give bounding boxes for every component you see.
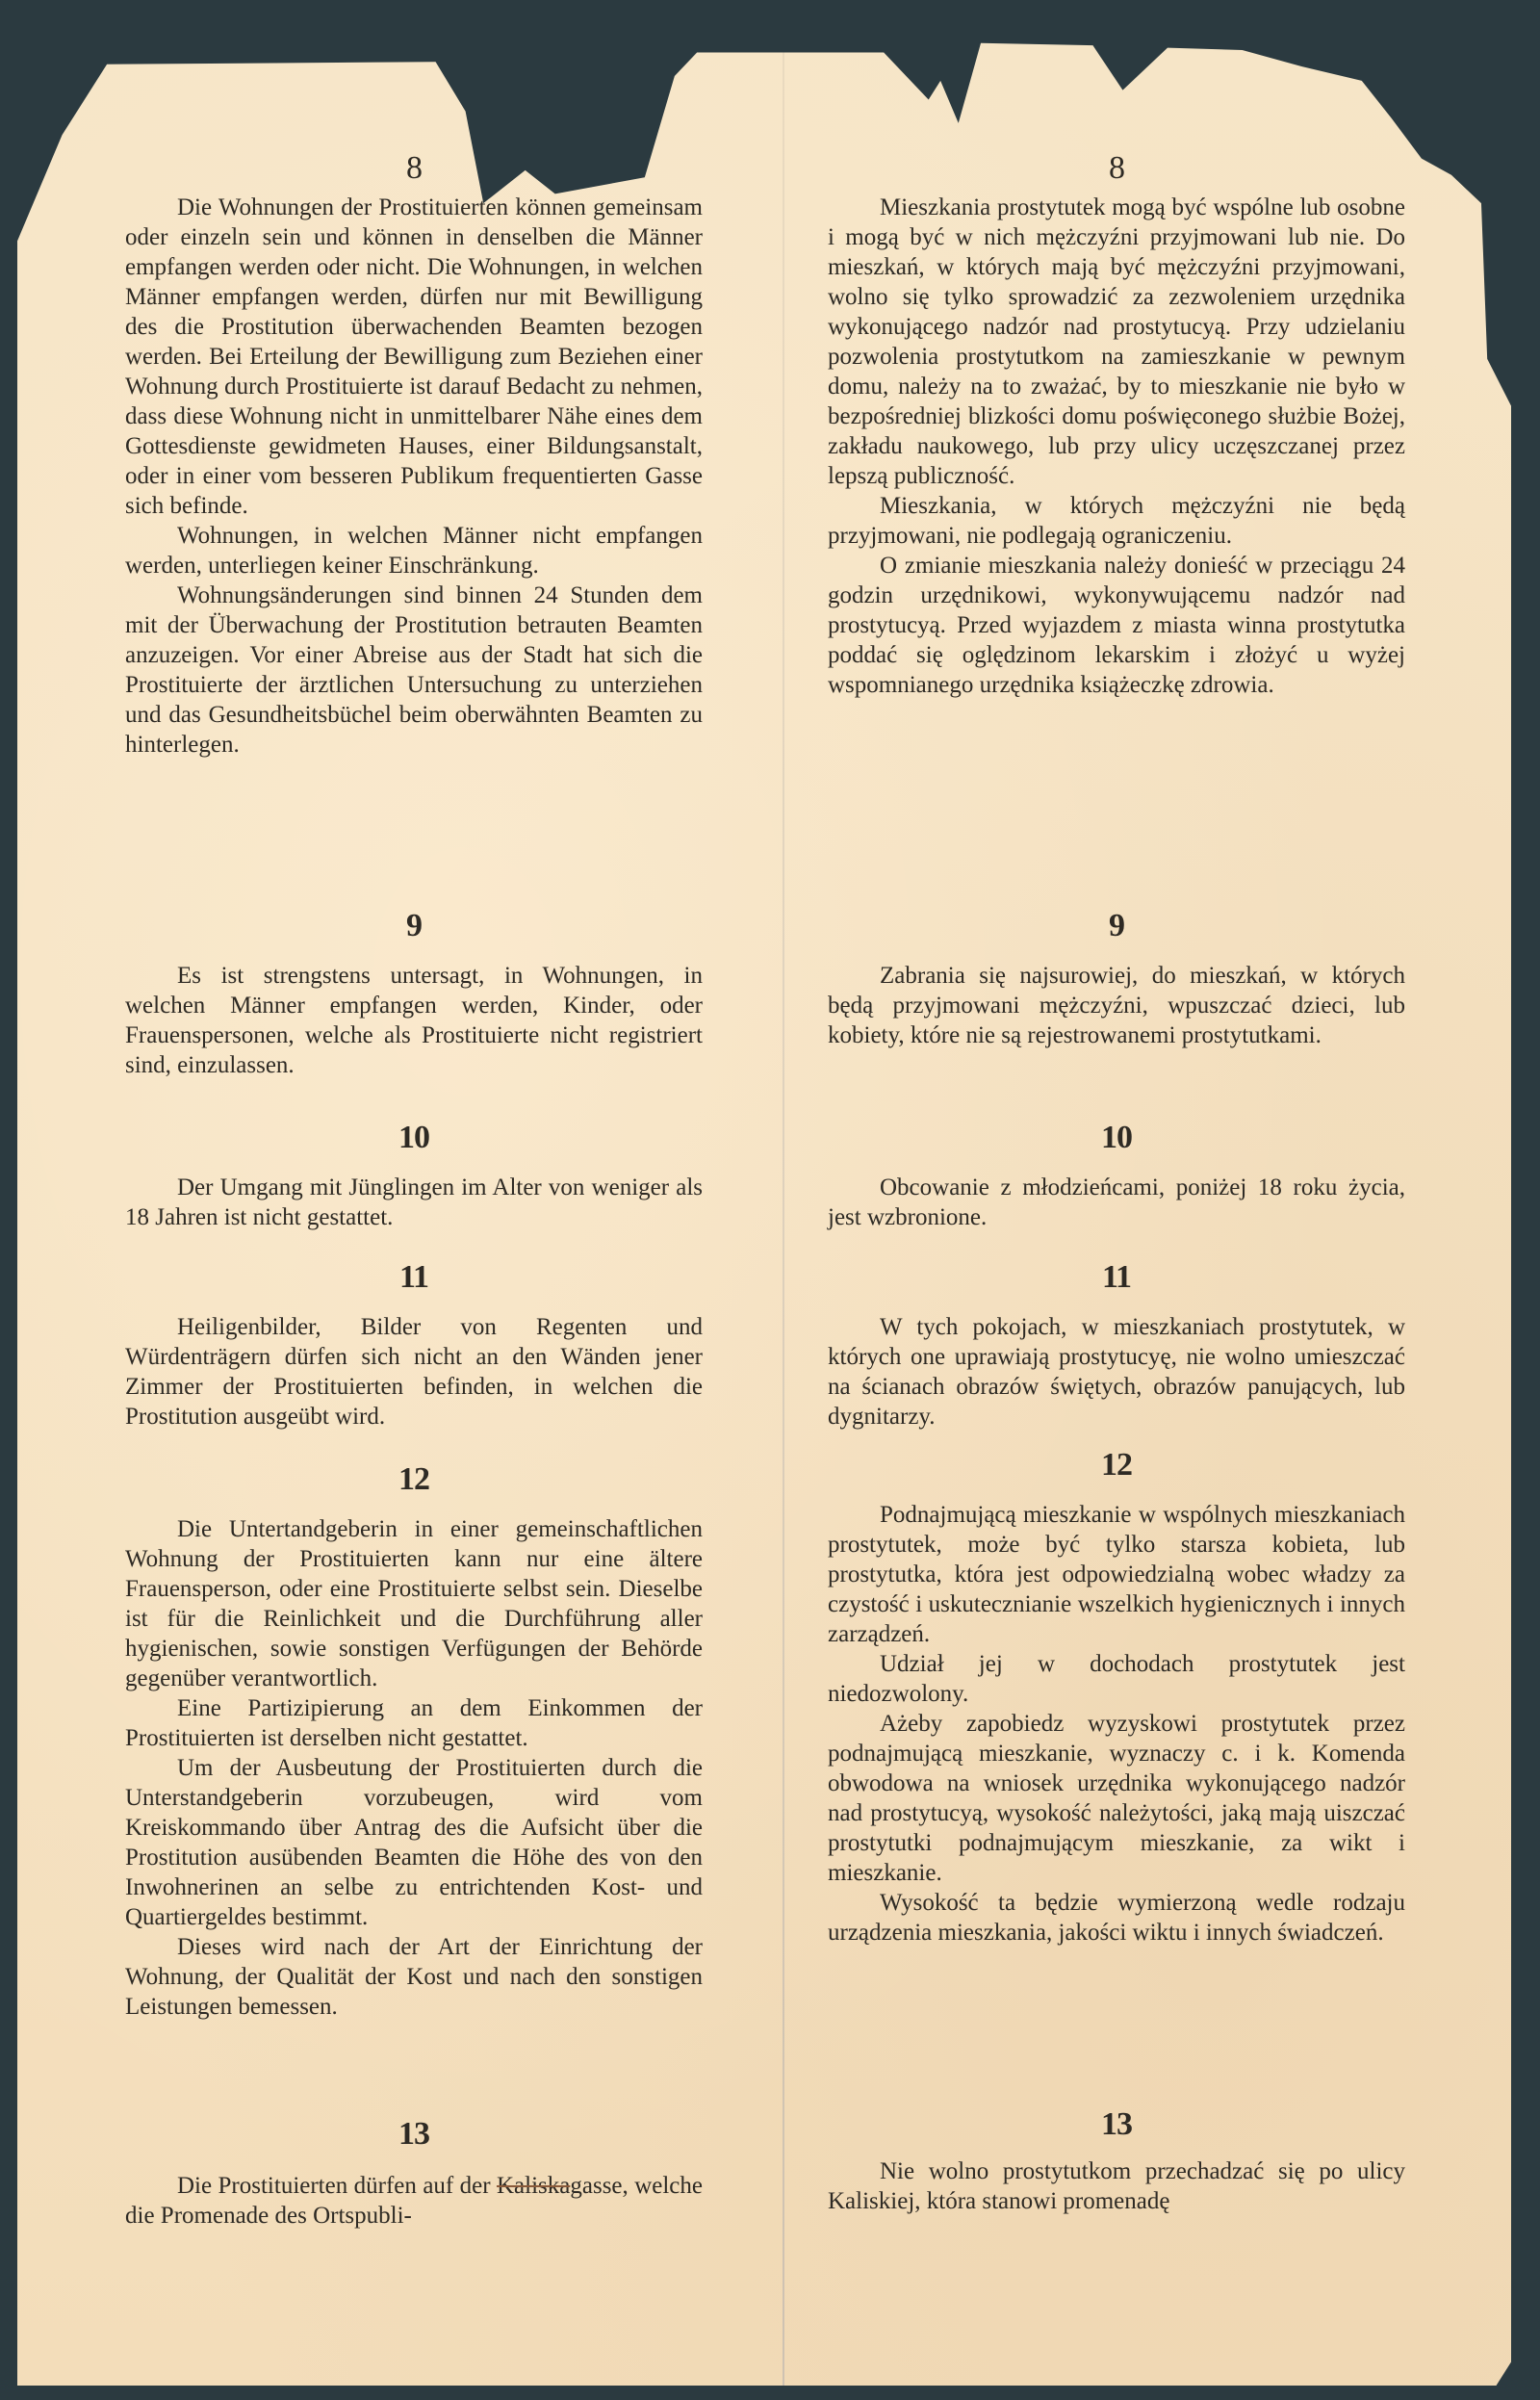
section-number: 13 — [828, 2108, 1405, 2141]
paragraph: Eine Partizipierung an dem Einkommen der… — [125, 1693, 703, 1753]
page-fold-line — [783, 29, 784, 2386]
paragraph: O zmianie mieszkania należy donieść w pr… — [828, 551, 1405, 700]
section-number: 12 — [828, 1449, 1405, 1482]
document-page: 8 Die Wohnungen der Prostituierten könne… — [17, 29, 1511, 2386]
section-11-pl-body: W tych pokojach, w mieszkaniach prostytu… — [828, 1312, 1405, 1432]
section-number: 9 — [125, 910, 703, 942]
section-number: 11 — [125, 1261, 703, 1294]
paragraph: W tych pokojach, w mieszkaniach prostytu… — [828, 1312, 1405, 1432]
section-12-pl-body: Podnajmującą mieszkanie w wspólnych mies… — [828, 1500, 1405, 1948]
section-11-de-body: Heiligenbilder, Bilder von Regenten und … — [125, 1312, 703, 1432]
paragraph: Die Wohnungen der Prostituierten können … — [125, 193, 703, 521]
paragraph: Heiligenbilder, Bilder von Regenten und … — [125, 1312, 703, 1432]
section-number: 10 — [828, 1122, 1405, 1154]
section-8-de: 8 — [125, 152, 703, 185]
struck-word: Kaliska — [497, 2173, 570, 2199]
section-number: 13 — [125, 2118, 703, 2151]
section-12-pl: 12 — [828, 1449, 1405, 1482]
section-11-de: 11 — [125, 1261, 703, 1294]
section-12-de: 12 — [125, 1463, 703, 1496]
paragraph: Es ist strengstens untersagt, in Wohnung… — [125, 961, 703, 1080]
section-10-pl: 10 — [828, 1122, 1405, 1154]
section-8-pl-body: Mieszkania prostytutek mogą być wspólne … — [828, 193, 1405, 700]
section-10-pl-body: Obcowanie z młodzieńcami, poniżej 18 rok… — [828, 1173, 1405, 1232]
section-8-pl: 8 — [828, 152, 1405, 185]
paragraph: Dieses wird nach der Art der Einrichtung… — [125, 1932, 703, 2022]
paragraph: Die Prostituierten dürfen auf der Kalisk… — [125, 2171, 703, 2231]
paragraph: Udział jej w dochodach prostytutek jest … — [828, 1649, 1405, 1709]
section-13-de: 13 — [125, 2118, 703, 2151]
paragraph: Der Umgang mit Jünglingen im Alter von w… — [125, 1173, 703, 1232]
paragraph: Ażeby zapobiedz wyzyskowi prostytutek pr… — [828, 1709, 1405, 1888]
paragraph: Zabrania się najsurowiej, do mieszkań, w… — [828, 961, 1405, 1050]
section-number: 8 — [828, 152, 1405, 185]
section-9-de-body: Es ist strengstens untersagt, in Wohnung… — [125, 961, 703, 1080]
section-9-de: 9 — [125, 910, 703, 942]
section-12-de-body: Die Untertandgeberin in einer gemeinscha… — [125, 1514, 703, 2022]
section-number: 12 — [125, 1463, 703, 1496]
paragraph: Wysokość ta będzie wymierzoną wedle rodz… — [828, 1888, 1405, 1948]
paragraph: Mieszkania prostytutek mogą być wspólne … — [828, 193, 1405, 491]
section-13-pl-body: Nie wolno prostytutkom przechadzać się p… — [828, 2156, 1405, 2216]
section-8-de-body: Die Wohnungen der Prostituierten können … — [125, 193, 703, 760]
paragraph: Wohnungen, in welchen Männer nicht empfa… — [125, 521, 703, 581]
section-9-pl: 9 — [828, 910, 1405, 942]
paragraph: Mieszkania, w których mężczyźni nie będą… — [828, 491, 1405, 551]
section-11-pl: 11 — [828, 1261, 1405, 1294]
paragraph: Die Untertandgeberin in einer gemeinscha… — [125, 1514, 703, 1693]
paragraph: Nie wolno prostytutkom przechadzać się p… — [828, 2156, 1405, 2216]
section-9-pl-body: Zabrania się najsurowiej, do mieszkań, w… — [828, 961, 1405, 1050]
section-number: 8 — [125, 152, 703, 185]
section-10-de: 10 — [125, 1122, 703, 1154]
paragraph: Um der Ausbeutung der Prostituierten dur… — [125, 1753, 703, 1932]
paragraph: Obcowanie z młodzieńcami, poniżej 18 rok… — [828, 1173, 1405, 1232]
section-10-de-body: Der Umgang mit Jünglingen im Alter von w… — [125, 1173, 703, 1232]
section-13-pl: 13 — [828, 2108, 1405, 2141]
section-number: 11 — [828, 1261, 1405, 1294]
section-number: 9 — [828, 910, 1405, 942]
section-13-de-body: Die Prostituierten dürfen auf der Kalisk… — [125, 2171, 703, 2231]
section-number: 10 — [125, 1122, 703, 1154]
paragraph: Wohnungsänderungen sind binnen 24 Stunde… — [125, 581, 703, 760]
paragraph: Podnajmującą mieszkanie w wspólnych mies… — [828, 1500, 1405, 1649]
